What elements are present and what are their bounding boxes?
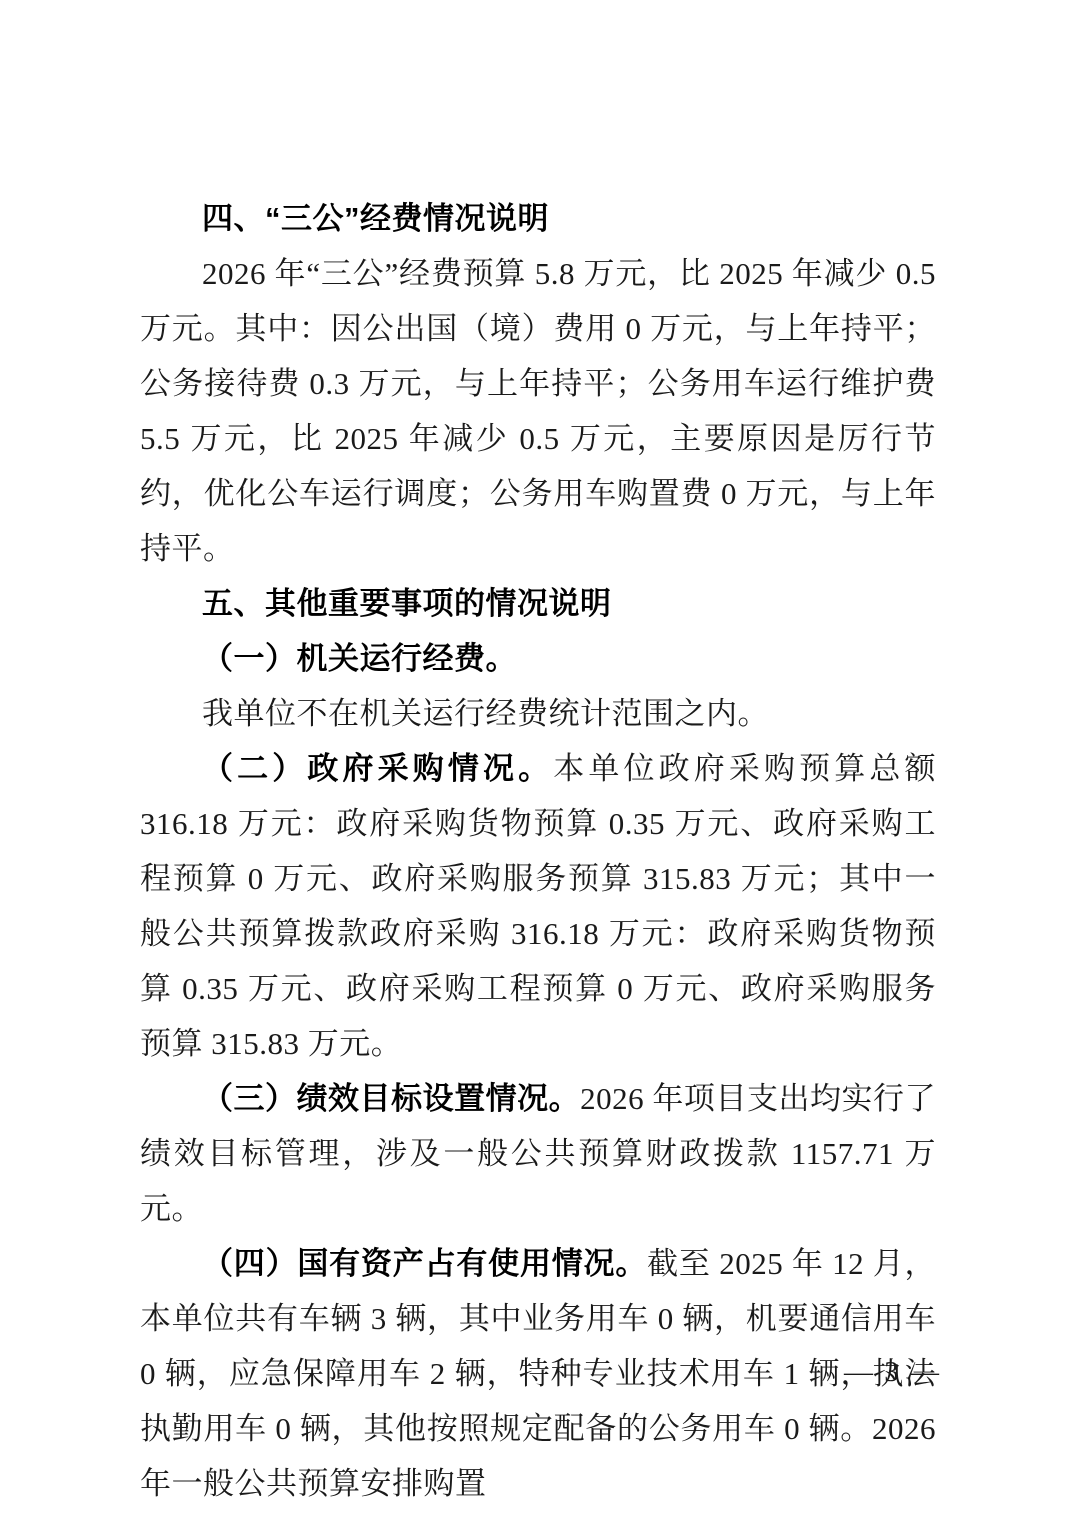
document-page: 四、“三公”经费情况说明 2026 年“三公”经费预算 5.8 万元，比 202…	[0, 0, 1074, 1520]
item-2-rest-text: 本单位政府采购预算总额 316.18 万元：政府采购货物预算 0.35 万元、政…	[140, 751, 936, 1061]
para-item-4-state-assets: （四）国有资产占有使用情况。截至 2025 年 12 月，本单位共有车辆 3 辆…	[140, 1236, 936, 1511]
item-4-lead-text: （四）国有资产占有使用情况。	[202, 1246, 647, 1281]
item-1-lead-text: （一）机关运行经费。	[202, 641, 517, 676]
section-heading-other-items: 五、其他重要事项的情况说明	[140, 576, 936, 631]
para-three-public-text: 2026 年“三公”经费预算 5.8 万元，比 2025 年减少 0.5 万元。…	[140, 256, 936, 566]
page-number: — 3 —	[844, 1352, 941, 1392]
para-three-public-detail: 2026 年“三公”经费预算 5.8 万元，比 2025 年减少 0.5 万元。…	[140, 246, 936, 576]
section-heading-three-public: 四、“三公”经费情况说明	[140, 191, 936, 246]
para-agency-operating-expense-note: 我单位不在机关运行经费统计范围之内。	[140, 686, 936, 741]
para-item-3-performance-targets: （三）绩效目标设置情况。2026 年项目支出均实行了绩效目标管理，涉及一般公共预…	[140, 1071, 936, 1236]
item-2-lead-text: （二）政府采购情况。	[202, 751, 553, 786]
para-item-1-title: （一）机关运行经费。	[140, 631, 936, 686]
agency-operating-note-text: 我单位不在机关运行经费统计范围之内。	[202, 696, 769, 731]
document-body: 四、“三公”经费情况说明 2026 年“三公”经费预算 5.8 万元，比 202…	[140, 191, 936, 1511]
para-item-2-procurement: （二）政府采购情况。本单位政府采购预算总额 316.18 万元：政府采购货物预算…	[140, 741, 936, 1071]
item-4-rest-text: 截至 2025 年 12 月，本单位共有车辆 3 辆，其中业务用车 0 辆，机要…	[140, 1246, 936, 1501]
item-3-lead-text: （三）绩效目标设置情况。	[202, 1081, 580, 1116]
